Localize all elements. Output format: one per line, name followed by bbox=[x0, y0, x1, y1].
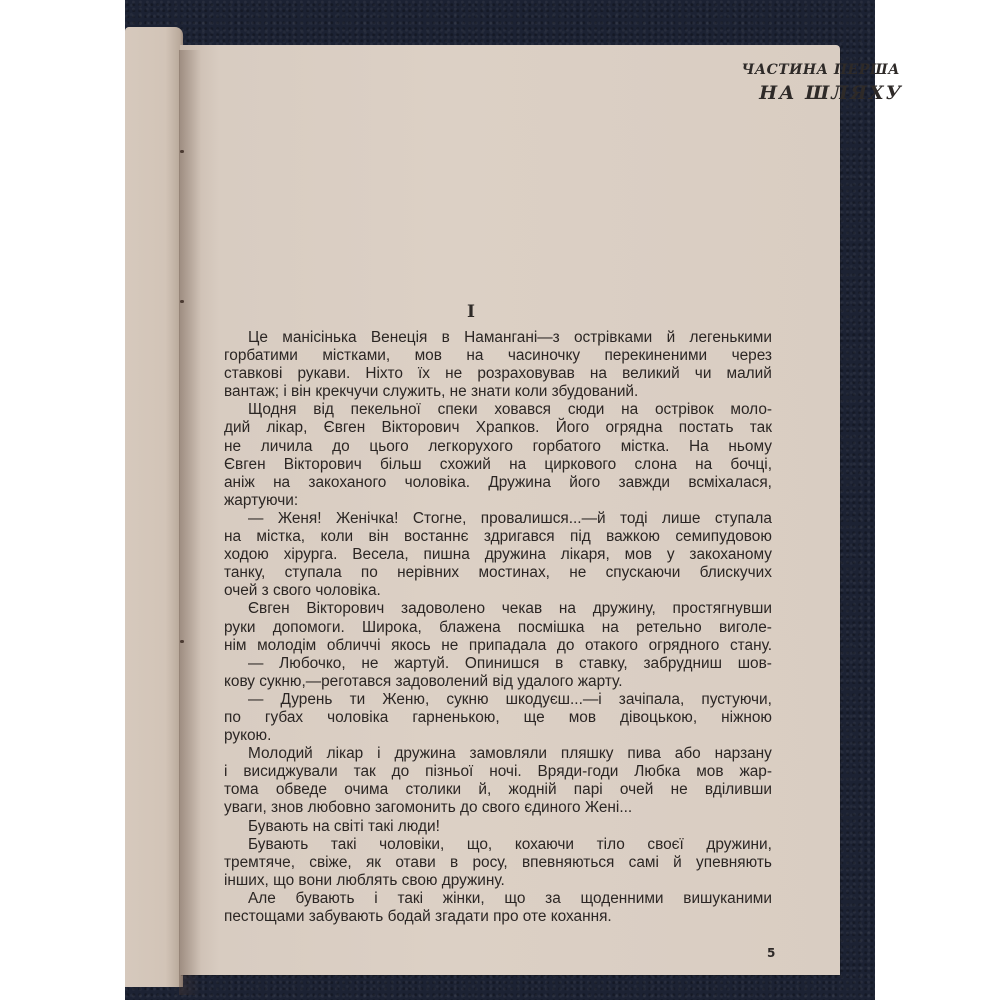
word: великий bbox=[622, 365, 680, 383]
word: посмішка bbox=[518, 619, 585, 637]
word: манісінька bbox=[282, 329, 356, 347]
word: Вікторович bbox=[284, 456, 362, 474]
word: провалишся...—й bbox=[481, 510, 606, 528]
word: на bbox=[590, 365, 607, 383]
word: в bbox=[555, 655, 563, 673]
word: пива bbox=[627, 745, 661, 763]
word: часиночку bbox=[508, 347, 580, 365]
text-line: івисиджувалитакдопізньоїночі.Вряди-годиЛ… bbox=[224, 763, 772, 781]
word: очей bbox=[620, 781, 653, 799]
word: обведе bbox=[276, 781, 327, 799]
word: за bbox=[545, 890, 561, 908]
word: і bbox=[377, 745, 380, 763]
word: аніж bbox=[224, 474, 255, 492]
word: лікар bbox=[327, 745, 364, 763]
text-line: очей з свого чоловіка. bbox=[224, 582, 772, 600]
word: до bbox=[557, 637, 575, 655]
word: виголе- bbox=[719, 619, 772, 637]
word: мостинах, bbox=[478, 564, 550, 582]
word: ночі. bbox=[489, 763, 521, 781]
word: простягнувши bbox=[673, 600, 772, 618]
word: постать bbox=[679, 419, 734, 437]
word: у bbox=[667, 546, 675, 564]
word: такі bbox=[331, 836, 357, 854]
word: мов bbox=[569, 709, 596, 727]
word: мов bbox=[625, 546, 652, 564]
word: схожий bbox=[440, 456, 491, 474]
word: Але bbox=[248, 890, 276, 908]
text-line: німмолодімобличчіякосьнеприпадаладоотако… bbox=[224, 637, 772, 655]
text-line: дийлікар,ЄвгенВікторовичХрапков.Йогоогря… bbox=[224, 419, 772, 437]
word: отакого bbox=[585, 637, 638, 655]
word: в bbox=[450, 854, 458, 872]
word: по bbox=[361, 564, 378, 582]
word: чоловіка bbox=[327, 709, 388, 727]
word: забрудниш bbox=[643, 655, 721, 673]
word: Весела, bbox=[352, 546, 408, 564]
text-line: кову сукню,—реготався задоволений від уд… bbox=[224, 673, 772, 691]
word: цього bbox=[369, 438, 408, 456]
word: личила bbox=[261, 438, 313, 456]
word: тоді bbox=[620, 510, 648, 528]
word: вділивши bbox=[705, 781, 772, 799]
word: припадала bbox=[469, 637, 546, 655]
word: Любка bbox=[634, 763, 680, 781]
word: лише bbox=[662, 510, 700, 528]
word: і bbox=[374, 890, 377, 908]
text-line: уваги, знов любовно загомонить до свого … bbox=[224, 799, 772, 817]
text-line: рукою. bbox=[224, 727, 772, 745]
word: Любочко, bbox=[279, 655, 345, 673]
word: завжди bbox=[619, 474, 671, 492]
word: жодній bbox=[509, 781, 557, 799]
word: Його bbox=[556, 419, 589, 437]
word: руки bbox=[224, 619, 255, 637]
text-line: Бувають на світі такі люди! bbox=[224, 818, 772, 836]
word: не bbox=[671, 781, 688, 799]
word: так bbox=[354, 763, 376, 781]
text-line: пестощами забувають бодай згадати про от… bbox=[224, 908, 772, 926]
word: не bbox=[569, 564, 586, 582]
word: Намангані—з bbox=[464, 329, 560, 347]
word: до bbox=[392, 763, 410, 781]
word: очима bbox=[344, 781, 388, 799]
word: або bbox=[675, 745, 701, 763]
word: його bbox=[569, 474, 600, 492]
word: Женя! bbox=[278, 510, 322, 528]
text-line: намістка,коливінвостаннєздригавсяпідважк… bbox=[224, 528, 772, 546]
word: жартуй. bbox=[394, 655, 449, 673]
word: упевняють bbox=[696, 854, 772, 872]
text-line: Молодийлікарідружиназамовлялипляшкупиваа… bbox=[224, 745, 772, 763]
word: на bbox=[466, 347, 483, 365]
text-line: ходоюхірурга.Весела,пишнадружиналікаря,м… bbox=[224, 546, 772, 564]
word: ставкові bbox=[224, 365, 282, 383]
text-line: погубахчоловікагарненькою,щемовдівоцькою… bbox=[224, 709, 772, 727]
word: ховався bbox=[494, 401, 551, 419]
word: горбатого bbox=[533, 438, 601, 456]
word: й bbox=[667, 329, 676, 347]
text-line: ЄвгенВікторовичзадоволеночекавнадружину,… bbox=[224, 600, 772, 618]
word: Вікторович bbox=[382, 419, 460, 437]
word: під bbox=[570, 528, 591, 546]
word: жінки, bbox=[443, 890, 485, 908]
word: Женю, bbox=[382, 691, 429, 709]
text-line: томаобведеочимастоликий,жоднійпаріочейне… bbox=[224, 781, 772, 799]
word: спеки bbox=[438, 401, 478, 419]
word: огрядна bbox=[605, 419, 662, 437]
word: Євген bbox=[248, 600, 290, 618]
word: в bbox=[442, 329, 450, 347]
word: як bbox=[366, 854, 381, 872]
word: На bbox=[689, 438, 709, 456]
word: важкою bbox=[606, 528, 660, 546]
word: шкодуєш...—і bbox=[506, 691, 602, 709]
word: ще bbox=[524, 709, 545, 727]
word: молодім bbox=[257, 637, 316, 655]
word: здригався bbox=[484, 528, 555, 546]
word: не bbox=[445, 365, 462, 383]
word: Широка, bbox=[362, 619, 422, 637]
word: чекав bbox=[502, 600, 542, 618]
word: Вряди-годи bbox=[538, 763, 619, 781]
left-page-edge bbox=[125, 27, 183, 987]
word: він bbox=[369, 528, 389, 546]
word: Бувають bbox=[248, 836, 308, 854]
spine-shadow bbox=[179, 50, 201, 995]
word: допомоги. bbox=[273, 619, 345, 637]
word: дий bbox=[224, 419, 250, 437]
text-line: —Женя!Женічка!Стогне,провалишся...—йтоді… bbox=[224, 510, 772, 528]
word: від bbox=[313, 401, 334, 419]
word: закоханого bbox=[308, 474, 386, 492]
word: зачіпала, bbox=[619, 691, 684, 709]
word: перекиненими bbox=[604, 347, 707, 365]
text-line: неличиладоцьоголегкорухогогорбатогомістк… bbox=[224, 438, 772, 456]
word: на bbox=[273, 474, 290, 492]
word: губах bbox=[265, 709, 303, 727]
word: Дружина bbox=[488, 474, 551, 492]
word: розраховував bbox=[477, 365, 574, 383]
word: сукню bbox=[446, 691, 488, 709]
word: до bbox=[332, 438, 350, 456]
word: Євген bbox=[224, 456, 266, 474]
word: дружина bbox=[394, 745, 455, 763]
word: дружину, bbox=[593, 600, 656, 618]
text-line: вантаж; і він крекчучи служить, не знати… bbox=[224, 383, 772, 401]
word: блажена bbox=[439, 619, 501, 637]
word: що, bbox=[467, 836, 492, 854]
word: циркового bbox=[544, 456, 616, 474]
word: мов bbox=[415, 347, 442, 365]
word: шов- bbox=[738, 655, 772, 673]
word: обличчі bbox=[327, 637, 381, 655]
word: всміхалася, bbox=[688, 474, 772, 492]
word: парі bbox=[574, 781, 603, 799]
word: острівок bbox=[655, 401, 714, 419]
part-label: ЧАСТИНА ПЕРША bbox=[741, 62, 900, 78]
word: рукави. bbox=[298, 365, 351, 383]
word: Стогне, bbox=[413, 510, 467, 528]
word: пишна bbox=[424, 546, 470, 564]
word: їх bbox=[418, 365, 430, 383]
word: пляшку bbox=[561, 745, 614, 763]
word: чоловіки, bbox=[379, 836, 444, 854]
word: Євген bbox=[324, 419, 366, 437]
word: Молодий bbox=[248, 745, 313, 763]
word: коли bbox=[320, 528, 353, 546]
word: бувають bbox=[296, 890, 355, 908]
word: містка. bbox=[621, 438, 670, 456]
word: ходою bbox=[224, 546, 269, 564]
word: пекельної bbox=[351, 401, 421, 419]
word: закоханому bbox=[689, 546, 772, 564]
word: на bbox=[224, 528, 241, 546]
word: дружина bbox=[485, 546, 546, 564]
word: легенькими bbox=[690, 329, 772, 347]
word: своєї bbox=[647, 836, 683, 854]
word: чоловіка. bbox=[405, 474, 470, 492]
word: такі bbox=[397, 890, 423, 908]
word: висиджували bbox=[243, 763, 337, 781]
word: на bbox=[621, 401, 638, 419]
text-line: жартуючи: bbox=[224, 492, 772, 510]
word: жар- bbox=[739, 763, 772, 781]
word: кохаючи bbox=[515, 836, 574, 854]
text-line: ЦеманісінькаВенеціявНамангані—зострівкам… bbox=[224, 329, 772, 347]
text-line: —Любочко,нежартуй.Опинишсявставку,забруд… bbox=[224, 655, 772, 673]
word: легкорухого bbox=[428, 438, 513, 456]
word: тіло bbox=[597, 836, 625, 854]
word: по bbox=[224, 709, 241, 727]
word: пізньої bbox=[425, 763, 473, 781]
text-line: рукидопомоги.Широка,блаженапосмішканарет… bbox=[224, 619, 772, 637]
word: містками, bbox=[322, 347, 390, 365]
word: лікар, bbox=[266, 419, 307, 437]
word: стану. bbox=[730, 637, 772, 655]
word: тома bbox=[224, 781, 259, 799]
word: що bbox=[504, 890, 525, 908]
word: Дурень bbox=[281, 691, 333, 709]
word: семипудовою bbox=[675, 528, 772, 546]
word: самі bbox=[629, 854, 659, 872]
word: — bbox=[248, 691, 263, 709]
word: ти bbox=[350, 691, 366, 709]
word: й, bbox=[478, 781, 491, 799]
word: нім bbox=[224, 637, 247, 655]
word: на bbox=[602, 619, 619, 637]
word: нарзану bbox=[715, 745, 772, 763]
part-title: НА ШЛЯХУ bbox=[759, 82, 903, 104]
text-line: Алебуваютьітакіжінки,щозащоденнимивишука… bbox=[224, 890, 772, 908]
word: не bbox=[441, 637, 458, 655]
word: вишуканими bbox=[683, 890, 772, 908]
word: мов bbox=[696, 763, 723, 781]
text-line: інших, що вони люблять свою дружину. bbox=[224, 872, 772, 890]
word: дівоцькою, bbox=[620, 709, 697, 727]
word: чи bbox=[695, 365, 712, 383]
word: спускаючи bbox=[606, 564, 681, 582]
word: свіже, bbox=[309, 854, 351, 872]
word: росу, bbox=[472, 854, 507, 872]
word: пустуючи, bbox=[701, 691, 772, 709]
word: на bbox=[559, 600, 576, 618]
word: ніжною bbox=[721, 709, 772, 727]
word: моло- bbox=[730, 401, 772, 419]
word: лікаря, bbox=[561, 546, 610, 564]
word: тремтяче, bbox=[224, 854, 295, 872]
word: востаннє bbox=[404, 528, 469, 546]
word: якось bbox=[391, 637, 431, 655]
word: ступала bbox=[285, 564, 342, 582]
word: острівками bbox=[574, 329, 652, 347]
word: на bbox=[509, 456, 526, 474]
text-line: —ДуреньтиЖеню,сукнюшкодуєш...—ізачіпала,… bbox=[224, 691, 772, 709]
word: горбатими bbox=[224, 347, 298, 365]
word: на bbox=[695, 456, 712, 474]
word: задоволено bbox=[401, 600, 485, 618]
word: Щодня bbox=[248, 401, 296, 419]
word: ставку, bbox=[579, 655, 628, 673]
text-line: тремтяче,свіже,якотавивросу,впевняютьсяс… bbox=[224, 854, 772, 872]
word: через bbox=[732, 347, 772, 365]
word: сюди bbox=[568, 401, 604, 419]
word: Опинишся bbox=[465, 655, 539, 673]
word: гарненькою, bbox=[412, 709, 499, 727]
word: огрядного bbox=[649, 637, 720, 655]
word: й bbox=[673, 854, 682, 872]
word: дружини, bbox=[706, 836, 772, 854]
word: і bbox=[224, 763, 227, 781]
word: нерівних bbox=[397, 564, 459, 582]
text-line: ставковірукави.Ніхтоїхнерозраховувавнаве… bbox=[224, 365, 772, 383]
word: ретельно bbox=[636, 619, 702, 637]
word: містка, bbox=[256, 528, 305, 546]
word: блискучих bbox=[700, 564, 772, 582]
page-number: 5 bbox=[767, 946, 775, 960]
word: Ніхто bbox=[365, 365, 403, 383]
word: не bbox=[361, 655, 378, 673]
word: впевняються bbox=[522, 854, 614, 872]
word: бочці, bbox=[730, 456, 772, 474]
text-line: танку,ступалапонерівнихмостинах,неспуска… bbox=[224, 564, 772, 582]
word: — bbox=[248, 655, 263, 673]
word: Венеція bbox=[371, 329, 427, 347]
word: хірурга. bbox=[284, 546, 338, 564]
text-line: ЄвгенВікторовичбільшсхожийнацирковогосло… bbox=[224, 456, 772, 474]
word: ньому bbox=[728, 438, 772, 456]
word: щоденними bbox=[581, 890, 664, 908]
word: ступала bbox=[715, 510, 772, 528]
text-line: Буваютьтакічоловіки,що,кохаючитілосвоєїд… bbox=[224, 836, 772, 854]
chapter-number: I bbox=[467, 302, 475, 322]
word: Вікторович bbox=[306, 600, 384, 618]
word: замовляли bbox=[470, 745, 547, 763]
word: не bbox=[224, 438, 241, 456]
word: — bbox=[248, 510, 263, 528]
word: танку, bbox=[224, 564, 265, 582]
text-line: аніжназакоханогочоловіка.Дружинайогозавж… bbox=[224, 474, 772, 492]
word: Храпков. bbox=[476, 419, 540, 437]
word: так bbox=[750, 419, 772, 437]
word: Женічка! bbox=[336, 510, 398, 528]
word: слона bbox=[634, 456, 676, 474]
word: Це bbox=[248, 329, 268, 347]
word: столики bbox=[405, 781, 461, 799]
text-line: горбатимимістками,мовначасиночкуперекине… bbox=[224, 347, 772, 365]
word: малий bbox=[727, 365, 772, 383]
text-line: Щоднявідпекельноїспекиховавсясюдинаострі… bbox=[224, 401, 772, 419]
word: отави bbox=[395, 854, 435, 872]
word: більш bbox=[380, 456, 422, 474]
body-text: ЦеманісінькаВенеціявНамангані—зострівкам… bbox=[224, 329, 772, 926]
